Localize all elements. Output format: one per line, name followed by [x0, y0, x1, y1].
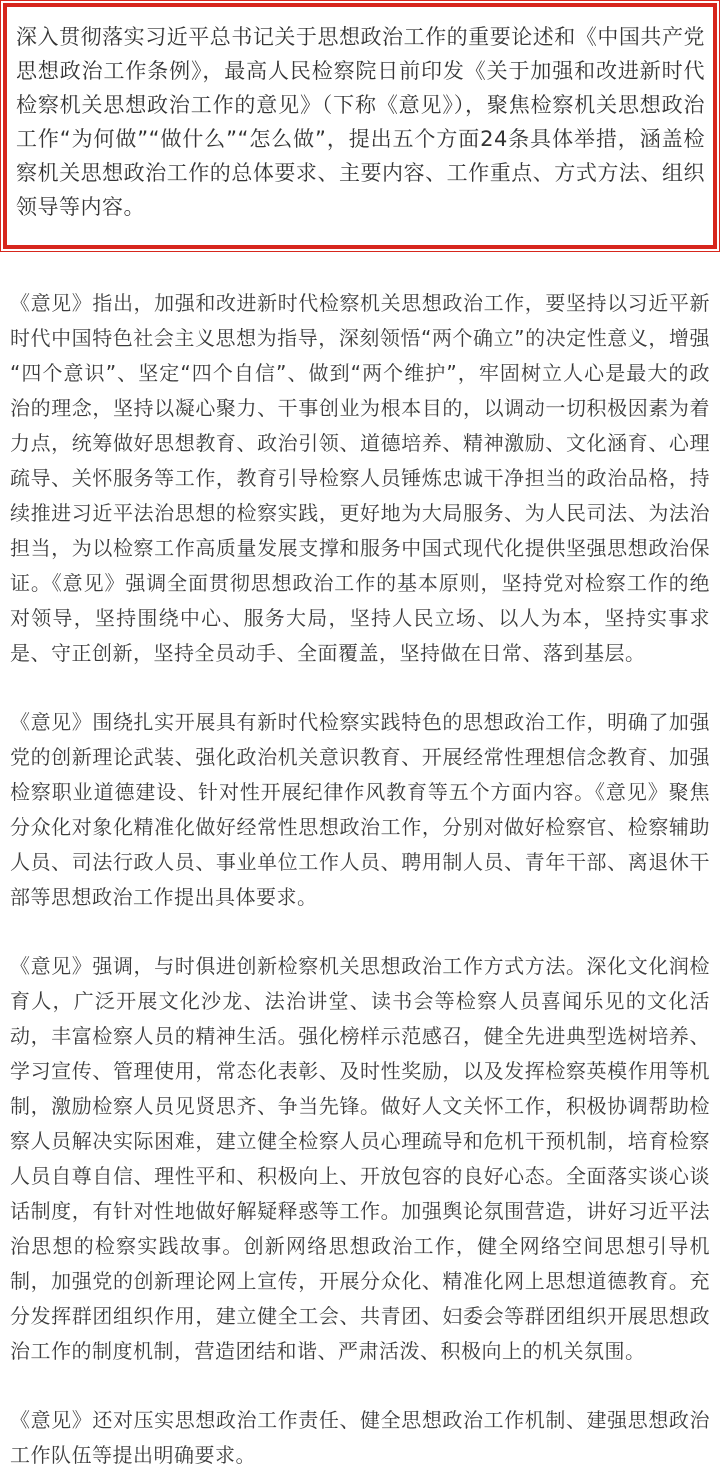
article-paragraph-2: 《意见》围绕扎实开展具有新时代检察实践特色的思想政治工作，明确了加强党的创新理论… — [10, 705, 710, 915]
article-paragraph-3: 《意见》强调，与时俱进创新检察机关思想政治工作方式方法。深化文化润检育人，广泛开… — [10, 949, 710, 1369]
article-paragraph-1: 《意见》指出，加强和改进新时代检察机关思想政治工作，要坚持以习近平新时代中国特色… — [10, 286, 710, 671]
intro-highlight-box-inner: 深入贯彻落实习近平总书记关于思想政治工作的重要论述和《中国共产党思想政治工作条例… — [3, 3, 717, 249]
intro-highlight-box: 深入贯彻落实习近平总书记关于思想政治工作的重要论述和《中国共产党思想政治工作条例… — [0, 0, 720, 252]
intro-paragraph: 深入贯彻落实习近平总书记关于思想政治工作的重要论述和《中国共产党思想政治工作条例… — [16, 20, 705, 224]
article-body: 《意见》指出，加强和改进新时代检察机关思想政治工作，要坚持以习近平新时代中国特色… — [0, 286, 720, 1473]
article-paragraph-4: 《意见》还对压实思想政治工作责任、健全思想政治工作机制、建强思想政治工作队伍等提… — [10, 1403, 710, 1473]
